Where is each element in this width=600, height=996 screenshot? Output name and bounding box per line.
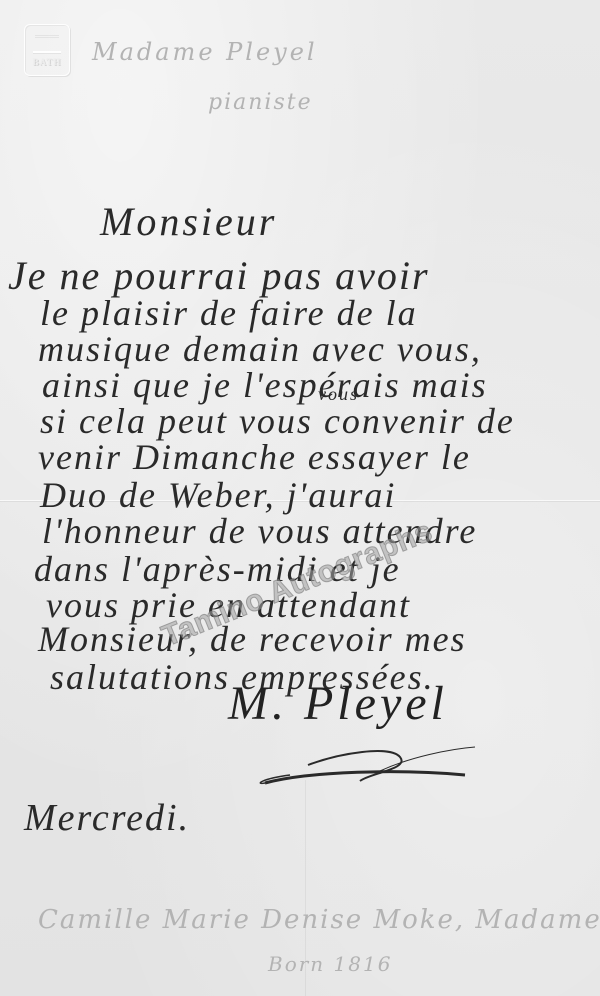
signature-flourish-icon xyxy=(250,735,480,785)
letter-page: BATH Madame Pleyel pianiste Monsieur Je … xyxy=(0,0,600,996)
pencil-header-profession: pianiste xyxy=(208,90,313,115)
emboss-label: BATH xyxy=(29,57,65,67)
signature: M. Pleyel xyxy=(228,676,448,731)
pencil-header-name: Madame Pleyel xyxy=(92,38,318,66)
embossed-stamp-icon: BATH xyxy=(24,24,70,76)
letter-insertion: vous xyxy=(318,384,359,405)
crown-icon xyxy=(33,33,61,53)
letter-day: Mercredi. xyxy=(24,796,190,840)
pencil-footer-born: Born 1816 xyxy=(268,952,392,976)
pencil-footer-name: Camille Marie Denise Moke, Madame Pleyel xyxy=(38,905,600,935)
letter-line-11: Monsieur, de recevoir mes xyxy=(38,618,467,660)
letter-salutation: Monsieur xyxy=(100,198,277,245)
letter-line-6: venir Dimanche essayer le xyxy=(38,436,471,478)
